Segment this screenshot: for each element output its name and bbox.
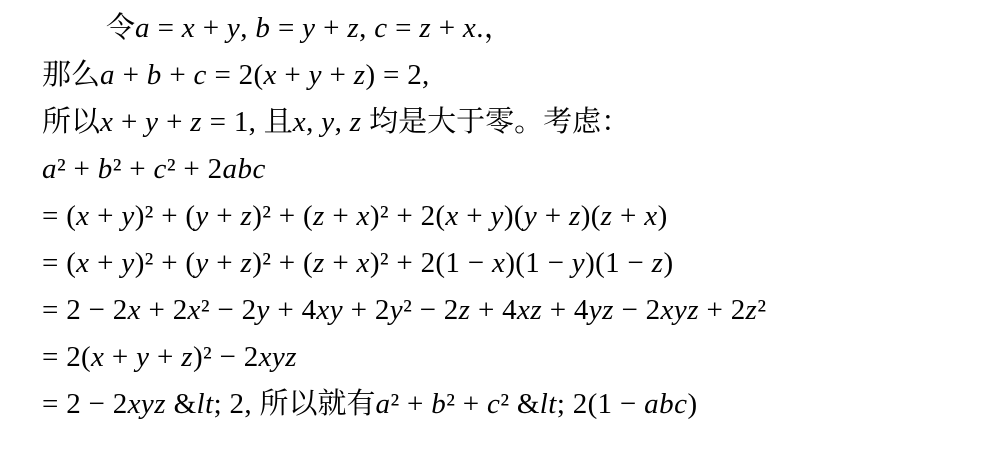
- math-line-7: = 2 − 2x + 2x² − 2y + 4xy + 2y² − 2z + 4…: [42, 287, 984, 334]
- math-expression: = (x + y)² + (y + z)² + (z + x)² + 2(x +…: [42, 200, 668, 232]
- math-expression: = 2(x + y + z)² − 2xyz: [42, 341, 297, 373]
- math-expression: = 2 − 2x + 2x² − 2y + 4xy + 2y² − 2z + 4…: [42, 294, 766, 326]
- page: { "page": { "background_color": "#ffffff…: [0, 0, 984, 454]
- chinese-text: 所以就有: [259, 388, 375, 420]
- math-line-2: 那么a + b + c = 2(x + y + z) = 2,: [42, 52, 984, 99]
- chinese-text: 所以: [42, 106, 100, 138]
- math-line-5: = (x + y)² + (y + z)² + (z + x)² + 2(x +…: [42, 193, 984, 240]
- math-line-6: = (x + y)² + (y + z)² + (z + x)² + 2(1 −…: [42, 240, 984, 287]
- math-expression: a = x + y, b = y + z, c = z + x.，: [135, 12, 513, 44]
- chinese-text: 均是大于零。考虑：: [369, 106, 630, 138]
- math-expression: a + b + c = 2(x + y + z) = 2,: [100, 59, 430, 91]
- math-expression: a² + b² + c² &lt; 2(1 − abc): [375, 388, 697, 420]
- math-expression: = 2 − 2xyz &lt; 2,: [42, 388, 259, 420]
- math-line-1: 令a = x + y, b = y + z, c = z + x.，: [106, 5, 984, 52]
- math-line-8: = 2(x + y + z)² − 2xyz: [42, 334, 984, 381]
- math-expression: x, y, z: [293, 106, 369, 138]
- math-line-3: 所以x + y + z = 1, 且x, y, z 均是大于零。考虑：: [42, 99, 984, 146]
- math-line-9: = 2 − 2xyz &lt; 2, 所以就有a² + b² + c² &lt;…: [42, 381, 984, 428]
- chinese-text: 令: [106, 12, 135, 44]
- math-line-4: a² + b² + c² + 2abc: [42, 146, 984, 193]
- chinese-text: 那么: [42, 59, 100, 91]
- math-document: 令a = x + y, b = y + z, c = z + x.， 那么a +…: [0, 0, 984, 428]
- math-expression: x + y + z = 1,: [100, 106, 264, 138]
- math-expression: = (x + y)² + (y + z)² + (z + x)² + 2(1 −…: [42, 247, 673, 279]
- math-expression: a² + b² + c² + 2abc: [42, 153, 266, 185]
- chinese-text: 且: [264, 106, 293, 138]
